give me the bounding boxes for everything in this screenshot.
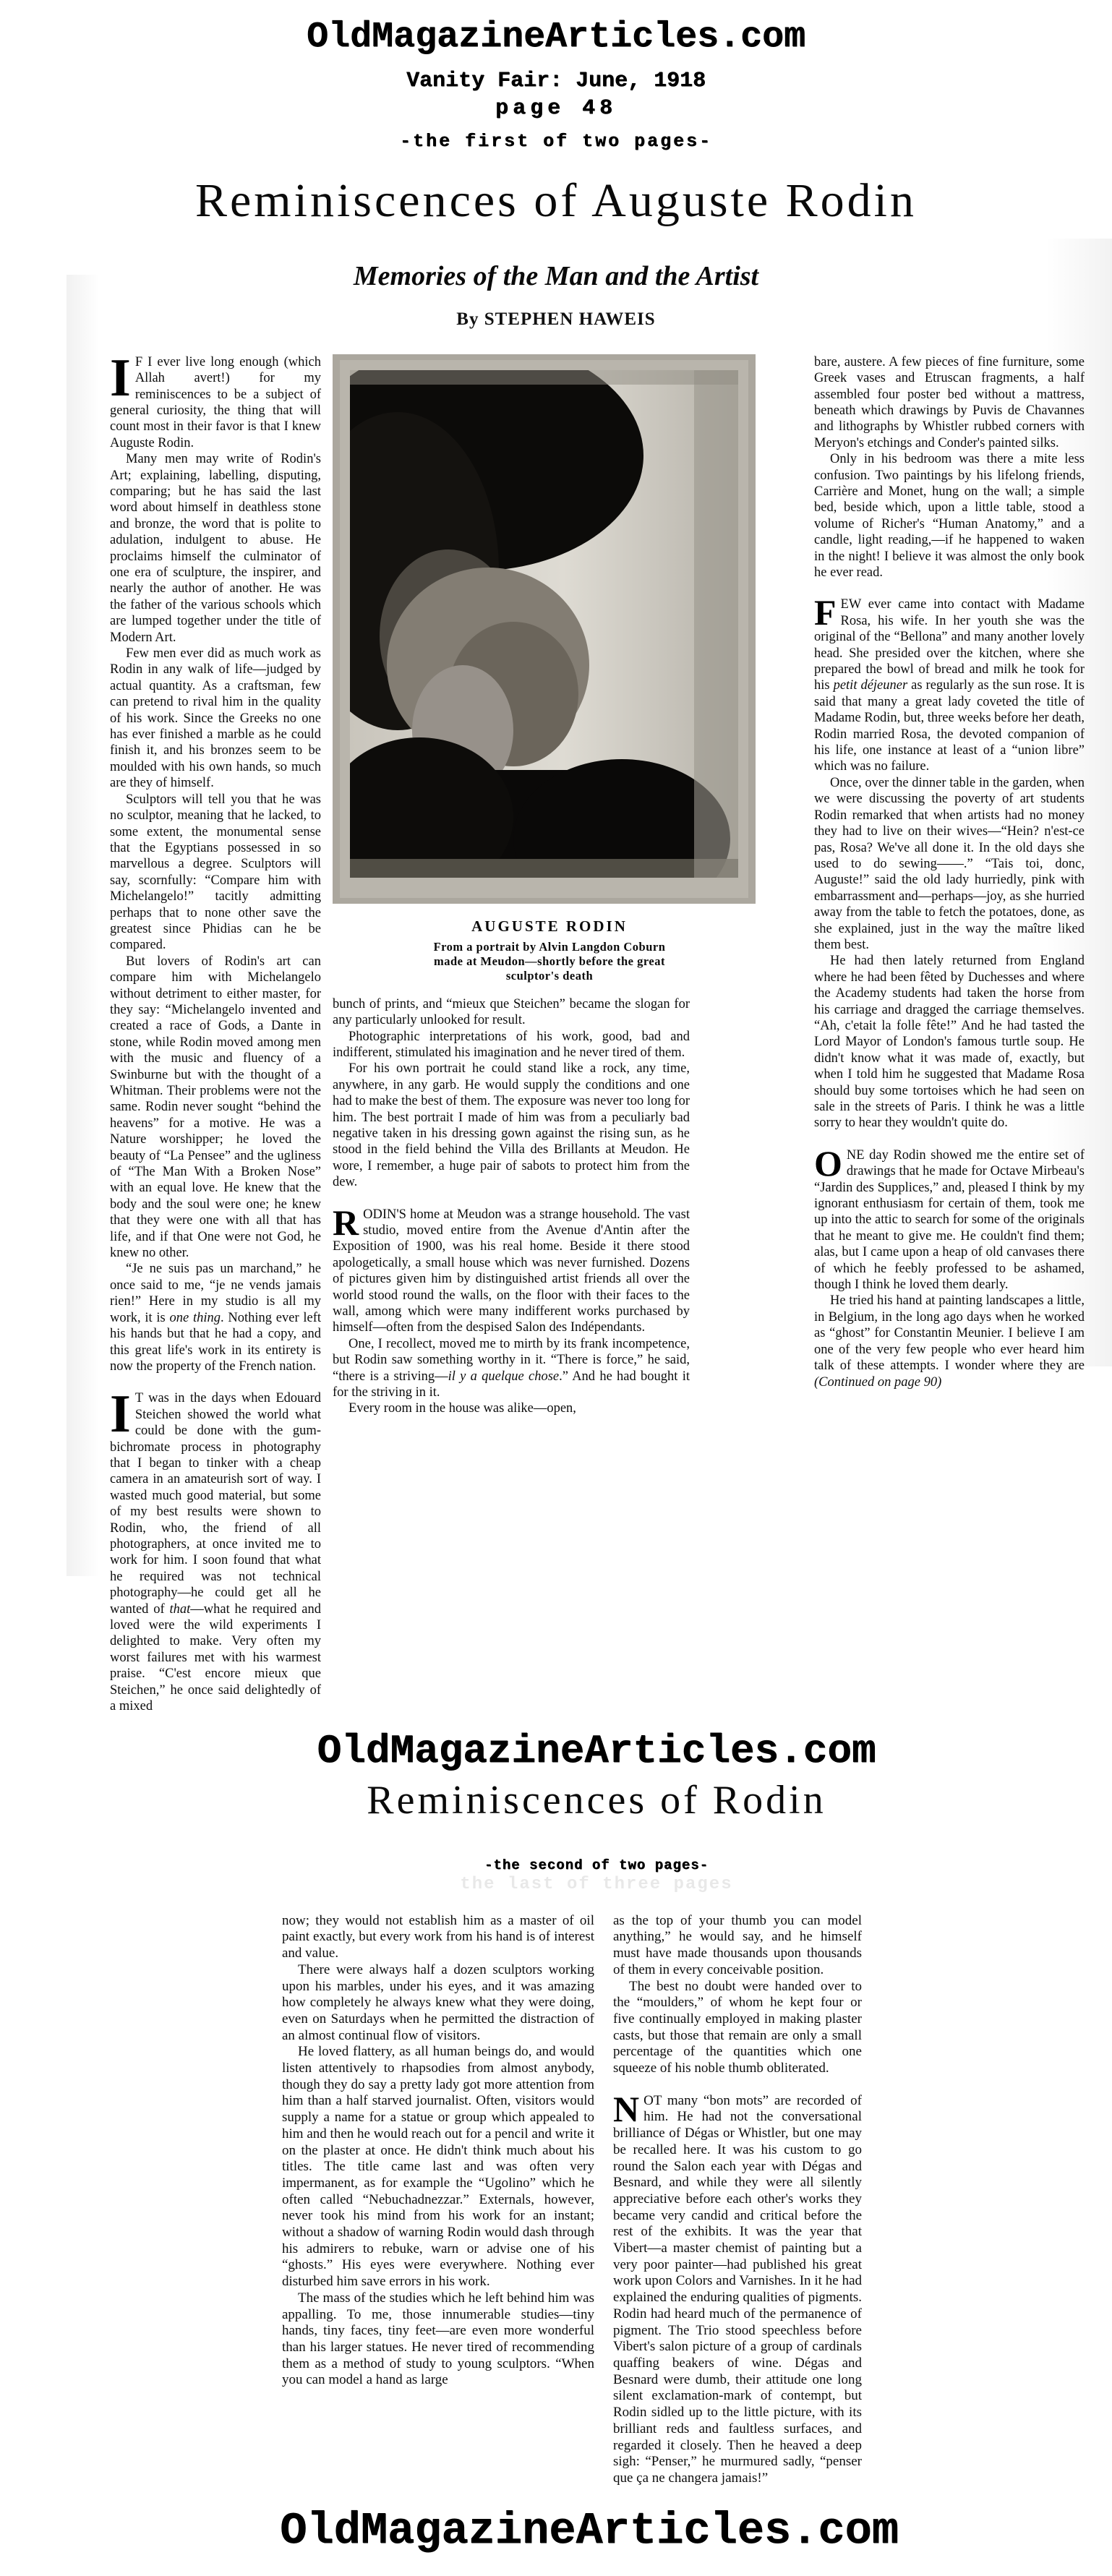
paragraph: “Je ne suis pas un marchand,” he once sa… [110,1261,321,1374]
paragraph: bare, austere. A few pieces of fine furn… [814,354,1085,451]
site-banner-footer: OldMagazineArticles.com [33,2507,1112,2576]
page2-columns: now; they would not establish him as a m… [0,1913,1112,2487]
paragraph: One, I recollect, moved me to mirth by i… [333,1336,690,1401]
paragraph: IF I ever live long enough (which Allah … [110,354,321,451]
paragraph: The best no doubt were handed over to th… [613,1979,862,2077]
drop-cap: O [814,1149,847,1178]
paragraph: now; they would not establish him as a m… [282,1913,594,1962]
page1-header: OldMagazineArticles.com Vanity Fair: Jun… [0,0,1112,330]
site-banner-middle: OldMagazineArticles.com [40,1730,1112,1773]
article-subtitle: Memories of the Man and the Artist [0,260,1112,292]
paragraph: For his own portrait he could stand like… [333,1061,690,1190]
paragraph: Photographic interpretations of his work… [333,1029,690,1061]
paragraph: IT was in the days when Edouard Steichen… [110,1390,321,1714]
paragraph: There were always half a dozen sculptors… [282,1962,594,2045]
photo-caption-line: made at Meudon—shortly before the great [369,954,730,969]
paragraph: bunch of prints, and “mieux que Steichen… [333,996,690,1029]
photo-caption-line: sculptor's death [369,969,730,983]
page2-pages-note: -the second of two pages- [40,1857,1112,1873]
photo-caption: AUGUSTE RODIN From a portrait by Alvin L… [369,917,730,983]
page2-title: Reminiscences of Rodin [40,1777,1112,1823]
scanned-article-page: OldMagazineArticles.com Vanity Fair: Jun… [0,0,1112,2576]
paragraph: ONE day Rodin showed me the entire set o… [814,1147,1085,1293]
page1-columns: IF I ever live long enough (which Allah … [0,354,1112,1715]
paragraph: The mass of the studies which he left be… [282,2290,594,2389]
column-middle-text: bunch of prints, and “mieux que Steichen… [333,996,690,1417]
photo-caption-line: From a portrait by Alvin Langdon Coburn [369,940,730,954]
ghost-text: the last of three pages [40,1875,1112,1894]
paragraph: Sculptors will tell you that he was no s… [110,792,321,954]
paragraph: Every room in the house was alike—open, [333,1400,690,1416]
paragraph: Many men may write of Rodin's Art; expla… [110,451,321,646]
photo-caption-lines: From a portrait by Alvin Langdon Coburnm… [369,940,730,983]
page2-column-right: as the top of your thumb you can model a… [613,1913,862,2487]
photo-caption-title: AUGUSTE RODIN [369,917,730,936]
paragraph: RODIN'S home at Meudon was a strange hou… [333,1207,690,1336]
source-line: Vanity Fair: June, 1918 [0,69,1112,93]
column-left: IF I ever live long enough (which Allah … [110,354,321,1715]
paragraph: NOT many “bon mots” are recorded of him.… [613,2093,862,2487]
paragraph: Few men ever did as much work as Rodin i… [110,646,321,792]
drop-cap: R [333,1208,363,1237]
article-byline: By STEPHEN HAWEIS [0,309,1112,330]
page2-column-left: now; they would not establish him as a m… [282,1913,594,2389]
drop-cap: F [814,598,841,627]
paragraph: He tried his hand at painting landscapes… [814,1293,1085,1390]
paragraph: Only in his bedroom was there a mite les… [814,451,1085,581]
drop-cap: I [110,1393,135,1435]
site-banner-top: OldMagazineArticles.com [0,0,1112,57]
paragraph: But lovers of Rodin's art can compare hi… [110,954,321,1262]
rodin-portrait-illustration [333,354,756,904]
article-title: Reminiscences of Auguste Rodin [0,174,1112,228]
paragraph: He had then lately returned from England… [814,953,1085,1131]
paragraph: He loved flattery, as all human beings d… [282,2044,594,2290]
column-middle: AUGUSTE RODIN From a portrait by Alvin L… [333,354,766,1417]
page-number-line: page 48 [0,96,1112,121]
paragraph: as the top of your thumb you can model a… [613,1913,862,1979]
drop-cap: N [613,2094,643,2123]
column-right: bare, austere. A few pieces of fine furn… [814,354,1085,1390]
paragraph: Once, over the dinner table in the garde… [814,775,1085,953]
page2-header: OldMagazineArticles.com Reminiscences of… [40,1730,1112,1894]
paragraph: FEW ever came into contact with Madame R… [814,596,1085,774]
pages-note: -the first of two pages- [0,131,1112,152]
drop-cap: I [110,357,135,399]
rodin-portrait-photo [333,354,756,907]
